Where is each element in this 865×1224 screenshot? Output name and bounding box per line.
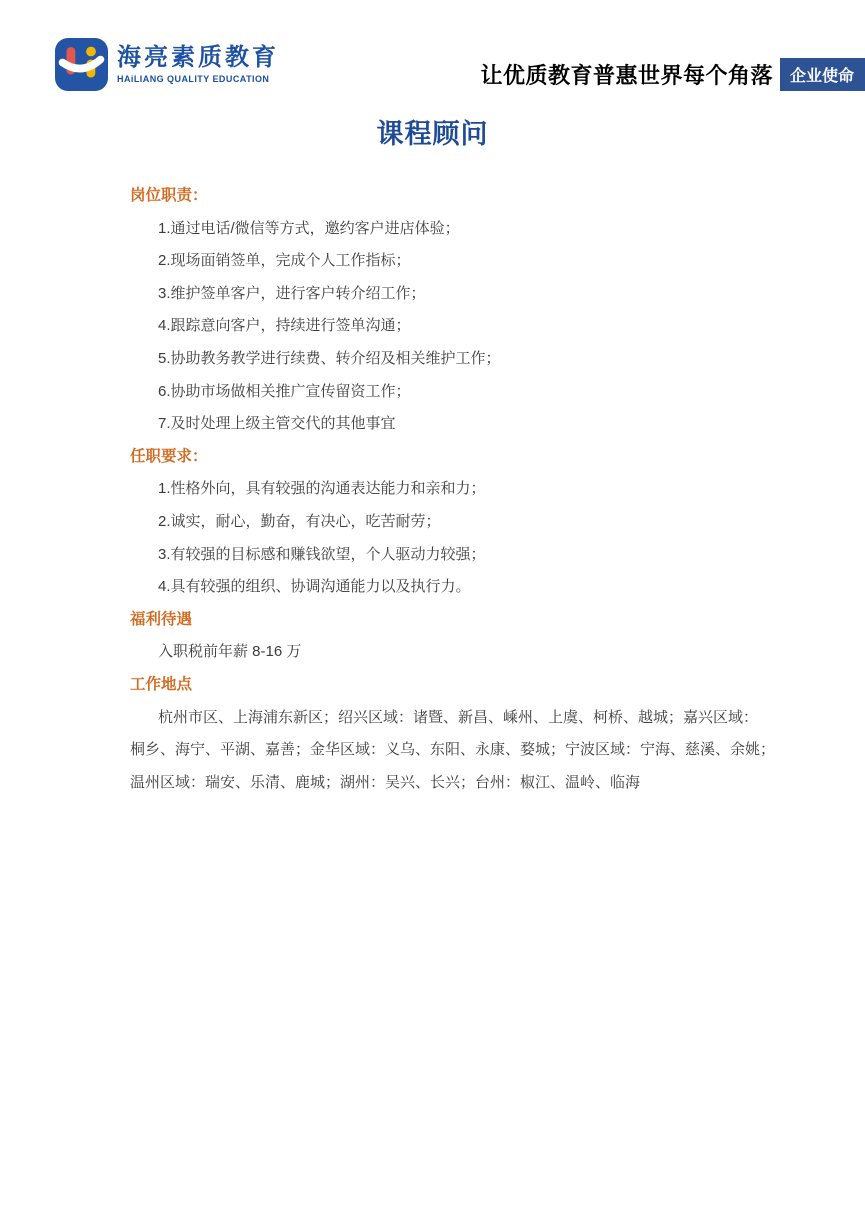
logo-name-cn: 海亮素质教育 <box>117 45 279 71</box>
section-heading-duties: 岗位职责： <box>130 180 750 213</box>
logo-name-en: HAiLIANG QUALITY EDUCATION <box>117 74 279 84</box>
job-description: 岗位职责： 1.通过电话/微信等方式，邀约客户进店体验； 2.现场面销签单，完成… <box>130 180 750 799</box>
section-heading-locations: 工作地点 <box>130 669 750 702</box>
section-heading-benefits: 福利待遇 <box>130 604 750 637</box>
locations-line: 桐乡、海宁、平湖、嘉善；金华区域：义乌、东阳、永康、婺城；宁波区域：宁海、慈溪、… <box>130 734 750 767</box>
requirement-item: 1.性格外向，具有较强的沟通表达能力和亲和力； <box>130 473 750 506</box>
duty-item: 4.跟踪意向客户，持续进行签单沟通； <box>130 310 750 343</box>
duty-item: 6.协助市场做相关推广宣传留资工作； <box>130 376 750 409</box>
locations-line: 温州区域：瑞安、乐清、鹿城；湖州：吴兴、长兴；台州：椒江、温岭、临海 <box>130 767 750 800</box>
page-title: 课程顾问 <box>0 112 865 151</box>
duty-item: 5.协助教务教学进行续费、转介绍及相关维护工作； <box>130 343 750 376</box>
company-logo: 海亮素质教育 HAiLIANG QUALITY EDUCATION <box>55 38 279 91</box>
mission-badge: 企业使命 <box>780 58 865 91</box>
requirement-item: 3.有较强的目标感和赚钱欲望，个人驱动力较强； <box>130 539 750 572</box>
company-slogan: 让优质教育普惠世界每个角落 <box>480 59 773 90</box>
document-page: 海亮素质教育 HAiLIANG QUALITY EDUCATION 让优质教育普… <box>0 0 865 1224</box>
salary-line: 入职税前年薪 8-16 万 <box>130 636 750 669</box>
logo-text-block: 海亮素质教育 HAiLIANG QUALITY EDUCATION <box>117 45 279 84</box>
section-heading-requirements: 任职要求： <box>130 441 750 474</box>
hailiang-smile-icon <box>55 38 108 91</box>
locations-line: 杭州市区、上海浦东新区；绍兴区域：诸暨、新昌、嵊州、上虞、柯桥、越城；嘉兴区域： <box>130 702 750 735</box>
duty-item: 7.及时处理上级主管交代的其他事宜 <box>130 408 750 441</box>
header-slogan-row: 让优质教育普惠世界每个角落 企业使命 <box>480 58 865 91</box>
duty-item: 1.通过电话/微信等方式，邀约客户进店体验； <box>130 213 750 246</box>
requirement-item: 2.诚实，耐心，勤奋，有决心，吃苦耐劳； <box>130 506 750 539</box>
requirement-item: 4.具有较强的组织、协调沟通能力以及执行力。 <box>130 571 750 604</box>
duty-item: 3.维护签单客户，进行客户转介绍工作； <box>130 278 750 311</box>
duty-item: 2.现场面销签单，完成个人工作指标； <box>130 245 750 278</box>
